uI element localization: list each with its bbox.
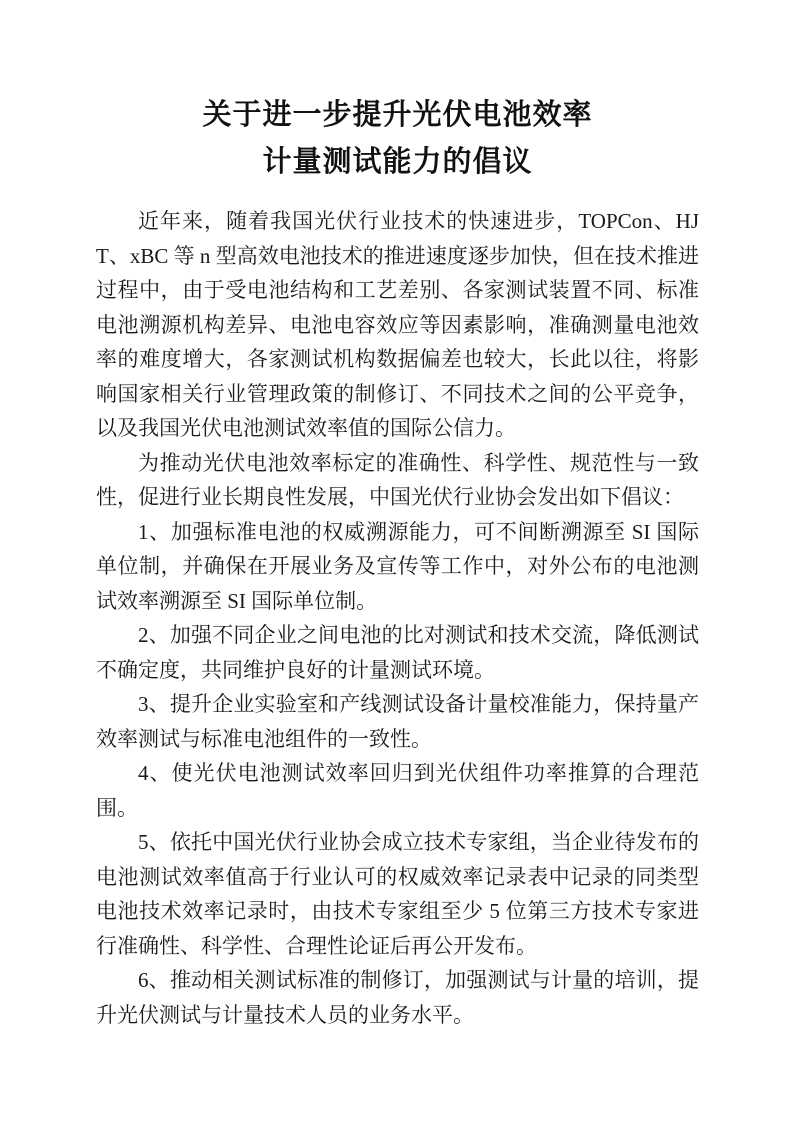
document-title-line-1: 关于进一步提升光伏电池效率: [96, 92, 699, 139]
proposal-item-5: 5、依托中国光伏行业协会成立技术专家组，当企业待发布的电池测试效率值高于行业认可…: [96, 825, 699, 963]
proposal-item-6: 6、推动相关测试标准的制修订，加强测试与计量的培训，提升光伏测试与计量技术人员的…: [96, 963, 699, 1032]
document-title: 关于进一步提升光伏电池效率 计量测试能力的倡议: [96, 92, 699, 186]
proposal-item-3: 3、提升企业实验室和产线测试设备计量校准能力，保持量产效率测试与标准电池组件的一…: [96, 687, 699, 756]
proposal-item-1: 1、加强标准电池的权威溯源能力，可不间断溯源至 SI 国际单位制，并确保在开展业…: [96, 515, 699, 619]
paragraph-intro: 近年来，随着我国光伏行业技术的快速进步，TOPCon、HJT、xBC 等 n 型…: [96, 204, 699, 446]
paragraph-proposal-lead: 为推动光伏电池效率标定的准确性、科学性、规范性与一致性，促进行业长期良性发展，中…: [96, 446, 699, 515]
proposal-item-2: 2、加强不同企业之间电池的比对测试和技术交流，降低测试不确定度，共同维护良好的计…: [96, 618, 699, 687]
document-title-line-2: 计量测试能力的倡议: [96, 139, 699, 186]
proposal-item-4: 4、使光伏电池测试效率回归到光伏组件功率推算的合理范围。: [96, 756, 699, 825]
document-body: 近年来，随着我国光伏行业技术的快速进步，TOPCon、HJT、xBC 等 n 型…: [96, 204, 699, 1032]
document-page: 关于进一步提升光伏电池效率 计量测试能力的倡议 近年来，随着我国光伏行业技术的快…: [0, 0, 794, 1123]
